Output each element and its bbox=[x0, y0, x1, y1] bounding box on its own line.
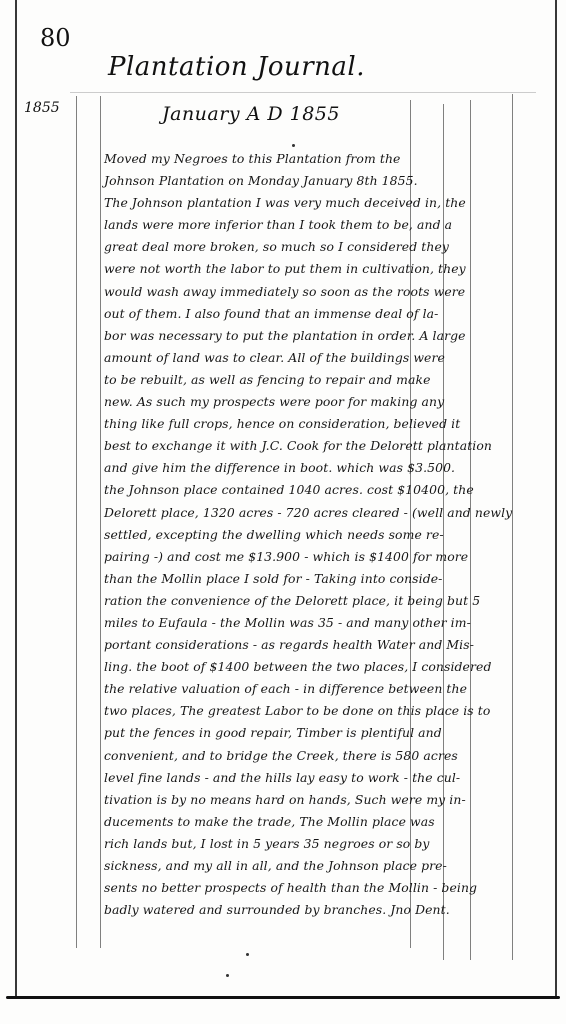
journal-entry: Moved my Negroes to this Plantation from… bbox=[104, 148, 556, 921]
entry-line: convenient, and to bridge the Creek, the… bbox=[104, 745, 556, 767]
date-heading: January A D 1855 bbox=[162, 103, 340, 125]
entry-line: badly watered and surrounded by branches… bbox=[104, 899, 556, 921]
entry-line: Johnson Plantation on Monday January 8th… bbox=[104, 170, 556, 192]
ink-speck bbox=[246, 953, 249, 956]
entry-line: out of them. I also found that an immens… bbox=[104, 303, 556, 325]
entry-line: and give him the difference in boot. whi… bbox=[104, 457, 556, 479]
entry-line: two places, The greatest Labor to be don… bbox=[104, 700, 556, 722]
page-number: 80 bbox=[40, 24, 71, 52]
entry-line: portant considerations - as regards heal… bbox=[104, 634, 556, 656]
bottom-border-rule bbox=[6, 996, 560, 999]
entry-line: miles to Eufaula - the Mollin was 35 - a… bbox=[104, 612, 556, 634]
entry-line: put the fences in good repair, Timber is… bbox=[104, 722, 556, 744]
journal-page: 80 Plantation Journal. 1855 January A D … bbox=[0, 0, 566, 1024]
ink-speck bbox=[226, 974, 229, 977]
entry-line: amount of land was to clear. All of the … bbox=[104, 347, 556, 369]
entry-line: level fine lands - and the hills lay eas… bbox=[104, 767, 556, 789]
entry-line: new. As such my prospects were poor for … bbox=[104, 391, 556, 413]
entry-line: the Johnson place contained 1040 acres. … bbox=[104, 479, 556, 501]
margin-rule-1 bbox=[76, 96, 77, 948]
journal-title: Plantation Journal. bbox=[108, 52, 365, 82]
entry-line: the relative valuation of each - in diff… bbox=[104, 678, 556, 700]
entry-line: to be rebuilt, as well as fencing to rep… bbox=[104, 369, 556, 391]
entry-line: ducements to make the trade, The Mollin … bbox=[104, 811, 556, 833]
header-faint-rule bbox=[70, 92, 536, 93]
margin-rule-2 bbox=[100, 96, 101, 948]
left-border-rule bbox=[15, 0, 17, 998]
margin-year: 1855 bbox=[24, 100, 60, 116]
ink-speck bbox=[292, 144, 295, 147]
entry-line: were not worth the labor to put them in … bbox=[104, 258, 556, 280]
entry-line: Delorett place, 1320 acres - 720 acres c… bbox=[104, 502, 556, 524]
entry-line: best to exchange it with J.C. Cook for t… bbox=[104, 435, 556, 457]
entry-line: ling. the boot of $1400 between the two … bbox=[104, 656, 556, 678]
entry-line: would wash away immediately so soon as t… bbox=[104, 281, 556, 303]
entry-line: great deal more broken, so much so I con… bbox=[104, 236, 556, 258]
entry-line: rich lands but, I lost in 5 years 35 neg… bbox=[104, 833, 556, 855]
entry-line: ration the convenience of the Delorett p… bbox=[104, 590, 556, 612]
entry-line: lands were more inferior than I took the… bbox=[104, 214, 556, 236]
entry-line: tivation is by no means hard on hands, S… bbox=[104, 789, 556, 811]
entry-line: pairing -) and cost me $13.900 - which i… bbox=[104, 546, 556, 568]
entry-line: Moved my Negroes to this Plantation from… bbox=[104, 148, 556, 170]
entry-line: sickness, and my all in all, and the Joh… bbox=[104, 855, 556, 877]
entry-line: than the Mollin place I sold for - Takin… bbox=[104, 568, 556, 590]
entry-line: thing like full crops, hence on consider… bbox=[104, 413, 556, 435]
entry-line: The Johnson plantation I was very much d… bbox=[104, 192, 556, 214]
entry-line: settled, excepting the dwelling which ne… bbox=[104, 524, 556, 546]
entry-line: sents no better prospects of health than… bbox=[104, 877, 556, 899]
entry-line: bor was necessary to put the plantation … bbox=[104, 325, 556, 347]
